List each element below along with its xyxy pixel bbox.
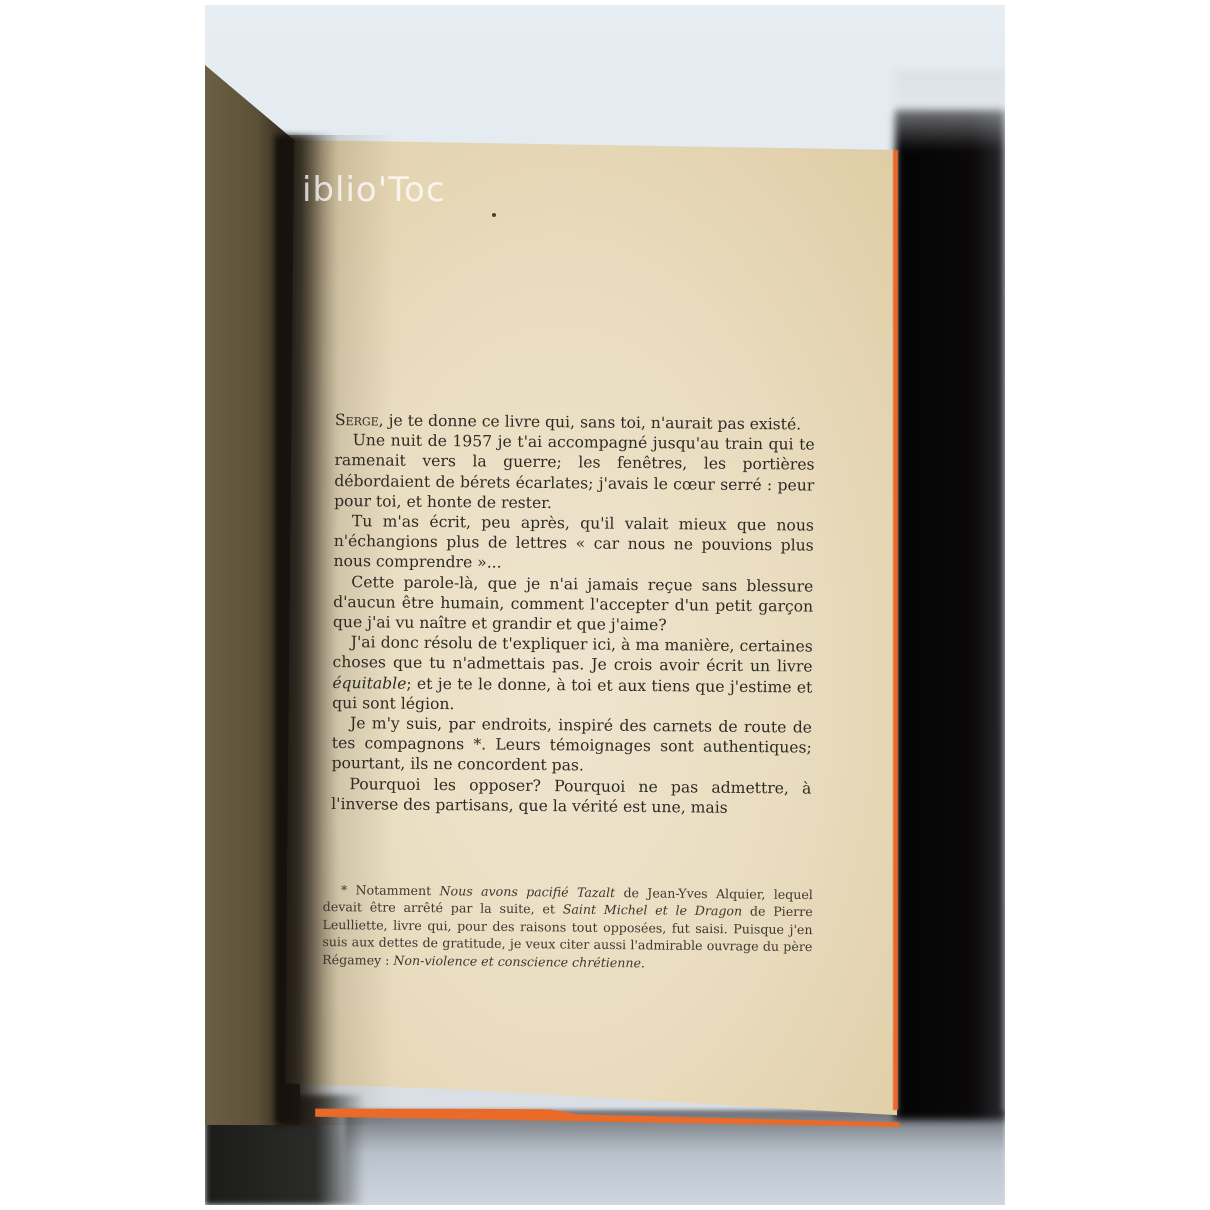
book-shadow-right (895, 110, 1005, 1120)
table-surface (345, 1110, 1005, 1205)
paragraph: Cette parole-là, que je n'ai jamais reçu… (333, 572, 814, 637)
watermark: iblio'Toc (302, 170, 446, 210)
footnote: * Notamment Nous avons pacifié Tazalt de… (322, 881, 813, 973)
paragraph: Tu m'as écrit, peu après, qu'il valait m… (333, 511, 814, 576)
paragraph: Une nuit de 1957 je t'ai accompagné jusq… (334, 430, 815, 515)
book-gutter (275, 135, 335, 1125)
addressee-name: Serge (335, 411, 379, 429)
paragraph: J'ai donc résolu de t'expliquer ici, à m… (332, 632, 813, 717)
paragraph: Pourquoi les opposer? Pourquoi ne pas ad… (331, 774, 811, 819)
dedication-text: Serge, je te donne ce livre qui, sans to… (331, 410, 815, 819)
paragraph: Je m'y suis, par endroits, inspiré des c… (332, 713, 813, 778)
paper-speck (492, 213, 496, 217)
book-photo: iblio'Toc Serge, je te donne ce livre qu… (205, 5, 1005, 1205)
page-edge-right (893, 150, 898, 1110)
